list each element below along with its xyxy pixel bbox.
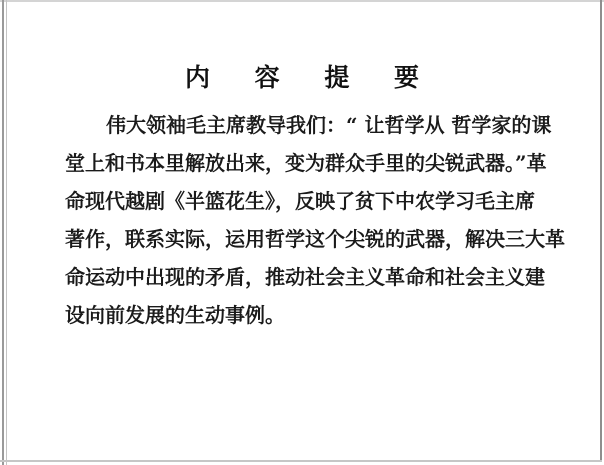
document-title: 内 容 提 要 bbox=[0, 63, 604, 93]
summary-paragraph: 伟大领袖毛主席教导我们：“ 让哲学从 哲学家的课 堂上和书本里解放出来，变为群众… bbox=[65, 106, 565, 334]
paragraph-line: 堂上和书本里解放出来，变为群众手里的尖锐武器。”革 bbox=[65, 144, 565, 182]
paragraph-line: 著作，联系实际，运用哲学这个尖锐的武器，解决三大革 bbox=[65, 220, 565, 258]
paragraph-line: 伟大领袖毛主席教导我们：“ 让哲学从 哲学家的课 bbox=[65, 106, 565, 144]
page-frame-bottom-border bbox=[0, 460, 602, 462]
paragraph-line: 命现代越剧《半篮花生》，反映了贫下中农学习毛主席 bbox=[65, 182, 565, 220]
paragraph-line: 设向前发展的生动事例。 bbox=[65, 296, 565, 334]
paragraph-line: 命运动中出现的矛盾，推动社会主义革命和社会主义建 bbox=[65, 258, 565, 296]
